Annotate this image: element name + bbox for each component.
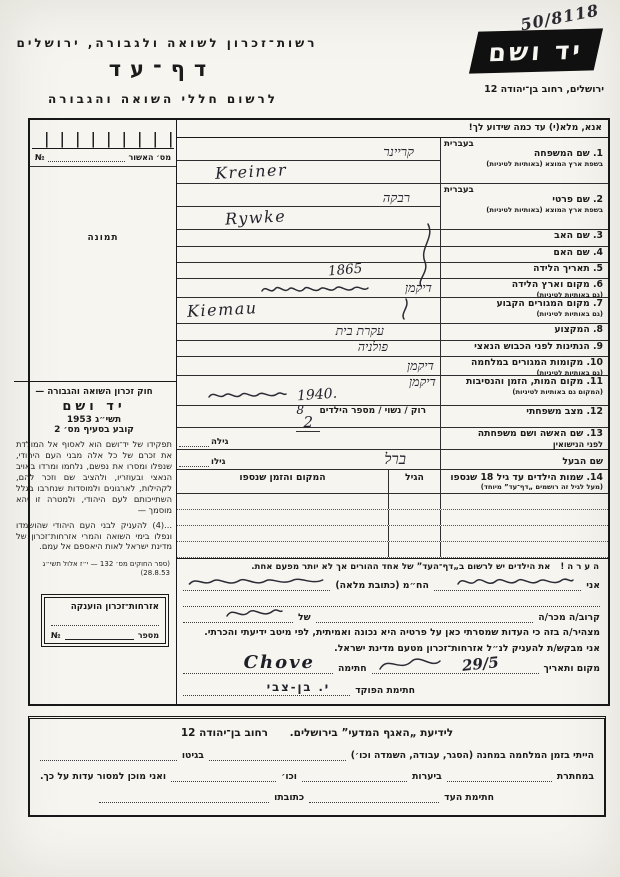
field-father-name: 3. שם האב — [177, 230, 608, 247]
field-father-label: 3. שם האב — [440, 230, 608, 246]
field-husband-name: שם הבעל ברל גילו — [177, 450, 608, 470]
children-table-header: 14. שמות הילדים עד גיל 18 שנספו (מעל לגי… — [177, 470, 608, 494]
handwriting-registrar-signature: י. בן-צבי — [267, 680, 330, 694]
label-text: 2. שם פרטי — [552, 194, 603, 205]
logo-address: ירושלים, רחוב בן־יהודה 12 — [484, 84, 604, 95]
handwriting-citizenship: פולניה — [358, 339, 388, 355]
label-text: 10. מקומות המגורים במלחמה — [471, 357, 603, 368]
page-subtitle: לרשום חללי השואה והגבורה — [18, 92, 308, 106]
decl-undersigned-label: הח״מ (כתובת מלאה) — [335, 580, 428, 591]
label-text: 11. מקום המות, הזמן והנסיבות — [466, 376, 603, 387]
underground-label: במחתרת — [557, 771, 594, 782]
note-head: הערה! — [560, 562, 602, 572]
field-death-label: 11. מקום המות, הזמן והנסיבות (המקום גם ב… — [440, 376, 608, 405]
forests-label: ביערות — [412, 771, 442, 782]
handwriting-husband: ברל — [384, 450, 406, 469]
children-table-row — [177, 542, 608, 558]
note-row: הערה! את הילדים יש לרשום ב„דף־העד” של אח… — [177, 558, 608, 575]
witness-address-label: כתובתו — [274, 792, 304, 803]
label-sub: לפני הנישואין — [444, 440, 603, 449]
grant-number-label: מספר — [138, 631, 159, 640]
field-family-name-label: בעברית 1. שם המשפחה בשפת ארץ המוצא (באות… — [440, 138, 608, 183]
field-birth-date-label: 5. תאריך הלידה — [440, 263, 608, 278]
citizenship-granted-line — [51, 617, 159, 626]
field-war-residence-label: 10. מקומות המגורים במלחמה (גם באותיות לט… — [440, 357, 608, 375]
handwriting-death-place: דיקמן — [409, 374, 436, 390]
etc-line — [171, 770, 276, 782]
handwriting-scribble — [455, 574, 575, 590]
bottom-title-address: רחוב בן־יהודה 12 — [181, 727, 268, 739]
photo-area: תמונה — [30, 167, 176, 381]
forests-line — [302, 770, 407, 782]
decl-of-label: של — [298, 612, 311, 623]
comb-marks — [32, 122, 174, 149]
field-wife-name: 13. שם האשה ושם משפחתה לפני הנישואין גיל… — [177, 428, 608, 450]
handwriting-signature: Chove — [244, 652, 315, 673]
bottom-box-title: לידיעת „האגף המדעי” בירושלים. רחוב בן־יה… — [40, 727, 594, 739]
declarant-address-line — [183, 579, 330, 591]
label-sub: (גם באותיות לטיניות) — [444, 310, 603, 318]
signature-label: חתימה — [338, 663, 367, 674]
label-sub: בשפת ארץ המוצא (באותיות לטיניות) — [444, 206, 603, 214]
certificate-number-line — [48, 152, 126, 162]
etc-label: וכו׳ — [281, 771, 297, 782]
law-body-2: ...(4) להעניק לבני העם היהודי שהושמדו ונ… — [16, 520, 172, 553]
citizenship-granted-box: אזרחות־זכרון הוענקה מספר № — [44, 597, 166, 644]
citizenship-granted-title: אזרחות־זכרון הוענקה — [51, 602, 159, 612]
org-name: רשות־זכרון לשואה ולגבורה, ירושלים — [14, 36, 320, 50]
children-table-row — [177, 494, 608, 510]
handwriting-scribble — [260, 282, 370, 296]
handwriting-scribble — [207, 388, 287, 402]
label-sub: בשפת ארץ המוצא (באותיות לטיניות) — [444, 160, 603, 168]
field-family-status: 12. מצב משפחתי רוק / נשוי / מספר הילדים … — [177, 406, 608, 428]
field-citizenship: 9. הנתינות לפני הכבוש הנאצי פולניה — [177, 341, 608, 357]
law-source: (ספר החוקים מס׳ 132 — י״ז אלול תשי״ג 28.… — [14, 558, 176, 582]
field-birth-place-label: 6. מקום וארץ הלידה (גם באותיות לטיניות) — [440, 279, 608, 297]
field-profession-label: 8. המקצוע — [440, 324, 608, 340]
registrar-line: י. בן-צבי — [183, 684, 350, 696]
label-text: 14. שמות הילדים עד גיל 18 שנספו — [450, 472, 603, 483]
handwriting-birth-place: דיקמן — [405, 280, 432, 296]
field-family-name: בעברית 1. שם המשפחה בשפת ארץ המוצא (באות… — [177, 138, 608, 184]
fill-prompt: אנא, מלא(י) עד כמה שידוע לך! — [177, 120, 608, 138]
photo-label: תמונה — [88, 233, 119, 243]
declarant-name-line — [434, 579, 581, 591]
scientific-division-box: לידיעת „האגף המדעי” בירושלים. רחוב בן־יה… — [28, 716, 606, 817]
certificate-number-label: מס׳ האשור — [128, 153, 171, 162]
field-mother-name: 4. שם האם — [177, 247, 608, 263]
witness-signature-label: חתימת העד — [444, 792, 494, 803]
note-text: את הילדים יש לרשום ב„דף־העד” של אחד ההור… — [251, 562, 550, 572]
field-family-status-label: 12. מצב משפחתי — [440, 406, 608, 427]
field-mother-label: 4. שם האם — [440, 247, 608, 262]
certificate-number-row: מס׳ האשור № — [30, 149, 176, 167]
law-text-block: חוק זכרון השואה והגבורה — יד ושם תשי״ג 1… — [14, 381, 176, 558]
witness-address-line — [99, 791, 269, 803]
her-age-label: גילה — [211, 437, 228, 447]
column-age: הגיל — [388, 470, 440, 493]
law-year: תשי״ג 1953 — [16, 415, 172, 425]
handwriting-surname-latin: Kreiner — [215, 160, 288, 183]
logo-text: יד ושם — [488, 35, 585, 66]
his-age-label: גילו — [211, 457, 226, 467]
law-section: קובע בסעיף מס׳ 2 — [16, 425, 172, 435]
ghetto-line — [40, 749, 177, 761]
witness-signature-line — [309, 791, 439, 803]
decl-relative-label: קרוב/ה מכר/ה — [538, 612, 600, 623]
field-first-name-label: בעברית 2. שם פרטי בשפת ארץ המוצא (באותיו… — [440, 184, 608, 229]
page-title: דף־עד — [82, 57, 242, 81]
field-husband-label: שם הבעל — [440, 450, 608, 469]
law-heading: חוק זכרון השואה והגבורה — — [16, 387, 172, 397]
children-table-row — [177, 510, 608, 526]
bottom-title-text: לידיעת „האגף המדעי” בירושלים. — [290, 727, 453, 739]
handwriting-scribble — [374, 653, 444, 675]
law-body-1: תפקידו של יד־ושם הוא לאסוף אל המולדת את … — [16, 439, 172, 516]
children-table-row — [177, 526, 608, 542]
decl-i-label: אני — [586, 580, 600, 591]
field-birth-place: 6. מקום וארץ הלידה (גם באותיות לטיניות) … — [177, 279, 608, 298]
label-sub: (מעל לגיל זה רושמים „דף־עד” מיוחד) — [446, 483, 603, 491]
yad-vashem-logo: יד ושם — [469, 28, 603, 73]
side-column: מס׳ האשור № תמונה חוק זכרון השואה והגבור… — [30, 120, 177, 704]
handwriting-scribble — [186, 574, 326, 590]
label-text: 13. שם האשה ושם משפחתה — [478, 428, 603, 439]
grant-number-line — [65, 631, 134, 640]
signature-line: Chove — [183, 662, 333, 674]
field-wife-name-label: 13. שם האשה ושם משפחתה לפני הנישואין — [440, 428, 608, 449]
handwriting-scribble — [223, 604, 283, 622]
declaration-section: אני הח״מ (כתובת מלאה) קרוב/ — [177, 575, 608, 704]
field-profession: 8. המקצוע עקרת בית — [177, 324, 608, 341]
place-date-label: מקום ותאריך — [544, 663, 601, 674]
relative-of-line — [183, 611, 293, 623]
handwriting-birth-year: 1865 — [327, 261, 363, 280]
scanned-testimony-page: 50/8118 יד ושם ירושלים, רחוב בן־יהודה 12… — [0, 0, 620, 877]
field-war-residence: 10. מקומות המגורים במלחמה (גם באותיות לט… — [177, 357, 608, 376]
label-sub: (המקום גם באותיות לטיניות) — [444, 388, 603, 396]
fields-column: אנא, מלא(י) עד כמה שידוע לך! בעברית 1. ש… — [177, 120, 608, 704]
numero-sign: № — [51, 631, 61, 640]
label-text: 6. מקום וארץ הלידה — [512, 279, 603, 290]
main-form-box: אנא, מלא(י) עד כמה שידוע לך! בעברית 1. ש… — [28, 118, 610, 706]
law-heading-yadvashem: יד ושם — [16, 399, 172, 414]
handwriting-date: 29/5 — [461, 653, 499, 675]
place-date-line: 29/5 — [372, 662, 539, 674]
field-citizenship-label: 9. הנתינות לפני הכבוש הנאצי — [440, 341, 608, 356]
handwriting-war-place: דיקמן — [407, 358, 434, 374]
relative-name-line — [316, 611, 534, 623]
handwriting-profession: עקרת בית — [336, 323, 384, 339]
ready-to-testify: ואני מוכן למסור עדות על כך. — [40, 771, 166, 782]
camp-row: הייתי בזמן המלחמה במחנה (הסגר, עבודה, הש… — [40, 749, 594, 761]
camp-line — [209, 749, 346, 761]
field-residence: 7. מקום המגורים הקבוע (גם באותיות לטיניו… — [177, 298, 608, 324]
citizenship-granted-number: מספר № — [51, 631, 159, 640]
underground-line — [447, 770, 552, 782]
ghetto-label: בגיטו — [182, 750, 204, 761]
handwriting-scribble — [396, 297, 412, 321]
field-birth-date: 5. תאריך הלידה 1865 — [177, 263, 608, 279]
numero-sign: № — [35, 153, 45, 162]
witness-signature-row: חתימת העד כתובתו — [40, 791, 594, 803]
camp-label: הייתי בזמן המלחמה במחנה (הסגר, עבודה, הש… — [351, 750, 594, 761]
label-text: 7. מקום המגורים הקבוע — [496, 298, 603, 309]
family-status-options: רוק / נשוי / מספר הילדים — [320, 406, 426, 416]
field-first-name: בעברית 2. שם פרטי בשפת ארץ המוצא (באותיו… — [177, 184, 608, 230]
label-text: 1. שם המשפחה — [534, 148, 603, 159]
handwriting-residence-latin: Kiemau — [187, 298, 258, 321]
field-residence-label: 7. מקום המגורים הקבוע (גם באותיות לטיניו… — [440, 298, 608, 323]
her-age-line — [179, 446, 209, 447]
his-age-line — [179, 466, 209, 467]
field-death: 11. מקום המות, הזמן והנסיבות (המקום גם ב… — [177, 376, 608, 406]
column-place: המקום והזמן שנספו — [177, 470, 388, 493]
handwriting-surname-hebrew: קריינר — [383, 144, 414, 160]
registrar-label: חתימת הפוקד — [355, 685, 415, 696]
handwriting-death-year: 1940. — [296, 386, 337, 405]
underground-row: במחתרת ביערות וכו׳ ואני מוכן למסור עדות … — [40, 770, 594, 782]
handwriting-firstname-hebrew: רבקה — [383, 190, 410, 206]
decl-statement: מצהיר/ה בזה כי העדות שמסרתי כאן על פרטיה… — [183, 627, 600, 638]
children-table-label: 14. שמות הילדים עד גיל 18 שנספו (מעל לגי… — [440, 470, 608, 493]
handwriting-firstname-latin: Rywke — [225, 206, 287, 228]
